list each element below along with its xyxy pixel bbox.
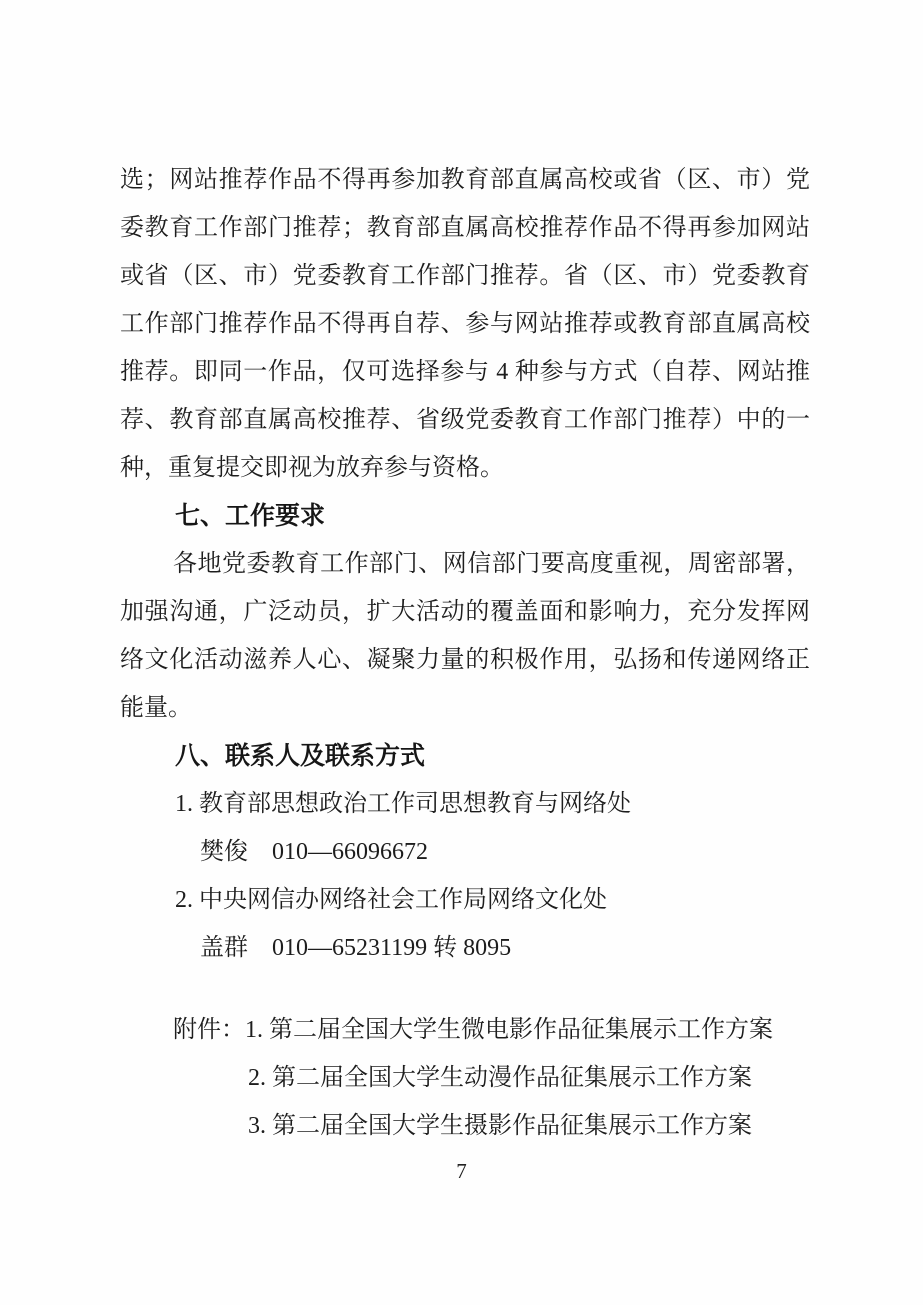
document-body: 选；网站推荐作品不得再参加教育部直属高校或省（区、市）党 委教育工作部门推荐；教…: [120, 156, 810, 972]
section-heading-contacts: 八、联系人及联系方式: [120, 732, 810, 780]
attachment-item: 2. 第二届全国大学生动漫作品征集展示工作方案: [120, 1054, 820, 1102]
paragraph-line: 能量。: [120, 684, 810, 732]
paragraph-line: 推荐。即同一作品，仅可选择参与 4 种参与方式（自荐、网站推: [120, 348, 810, 396]
paragraph-line: 络文化活动滋养人心、凝聚力量的积极作用，弘扬和传递网络正: [120, 636, 810, 684]
paragraph-line: 选；网站推荐作品不得再参加教育部直属高校或省（区、市）党: [120, 156, 810, 204]
attachment-line: 附件：1. 第二届全国大学生微电影作品征集展示工作方案: [120, 1006, 820, 1054]
paragraph-line: 工作部门推荐作品不得再自荐、参与网站推荐或教育部直属高校: [120, 300, 810, 348]
contact-org: 2. 中央网信办网络社会工作局网络文化处: [120, 876, 810, 924]
paragraph-line: 种，重复提交即视为放弃参与资格。: [120, 444, 810, 492]
attachment-item: 1. 第二届全国大学生微电影作品征集展示工作方案: [245, 1017, 773, 1043]
paragraph-line: 加强沟通，广泛动员，扩大活动的覆盖面和影响力，充分发挥网: [120, 588, 810, 636]
attachment-item: 3. 第二届全国大学生摄影作品征集展示工作方案: [120, 1102, 820, 1150]
contact-phone: 樊俊 010—66096672: [120, 828, 810, 876]
paragraph-line: 或省（区、市）党委教育工作部门推荐。省（区、市）党委教育: [120, 252, 810, 300]
attachments-label: 附件：: [173, 1017, 245, 1043]
attachments-list: 附件：1. 第二届全国大学生微电影作品征集展示工作方案 2. 第二届全国大学生动…: [120, 1006, 820, 1150]
document-page: 选；网站推荐作品不得再参加教育部直属高校或省（区、市）党 委教育工作部门推荐；教…: [0, 0, 923, 1305]
contact-phone: 盖群 010—65231199 转 8095: [120, 924, 810, 972]
section-heading-work-requirements: 七、工作要求: [120, 492, 810, 540]
paragraph-line: 委教育工作部门推荐；教育部直属高校推荐作品不得再参加网站: [120, 204, 810, 252]
paragraph-line: 荐、教育部直属高校推荐、省级党委教育工作部门推荐）中的一: [120, 396, 810, 444]
paragraph-line: 各地党委教育工作部门、网信部门要高度重视，周密部署，: [120, 540, 810, 588]
contact-org: 1. 教育部思想政治工作司思想教育与网络处: [120, 780, 810, 828]
page-number: 7: [0, 1147, 923, 1195]
